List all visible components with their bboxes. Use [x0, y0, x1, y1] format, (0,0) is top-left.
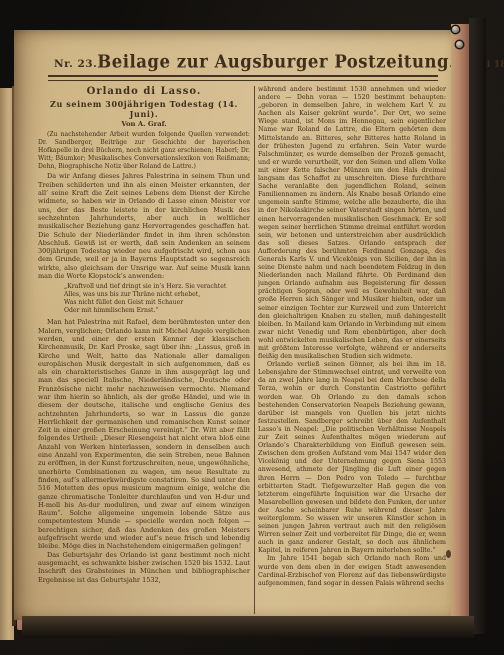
- book-cover-edge: [469, 18, 486, 634]
- article-subtitle: Zu seinem 300jährigen Todestag (14. Juni…: [38, 99, 250, 119]
- paragraph: Im Jahre 1541 begab sich Orlando nach Ro…: [258, 555, 446, 587]
- column-right: während andere bestimmt 1530 annehmen un…: [258, 86, 446, 614]
- paragraph: Da wir Anfang dieses Jahres Palestrina i…: [38, 172, 250, 280]
- paragraph: während andere bestimmt 1530 annehmen un…: [258, 86, 446, 361]
- column-left: Orlando di Lasso. Zu seinem 300jährigen …: [38, 86, 250, 614]
- paragraph: Man hat Palestrina mit Rafael, dem berüh…: [38, 318, 250, 550]
- poem-line: Was nicht füllet den Geist mit Schauer: [64, 299, 250, 307]
- article-columns: Orlando di Lasso. Zu seinem 300jährigen …: [38, 86, 446, 614]
- column-divider-rule: [254, 86, 255, 614]
- poem-quote: „Kraftvoll und tief dringt sie in’s Herz…: [64, 283, 250, 315]
- binding-rivet-icon: [456, 41, 463, 48]
- masthead: Nr. 23. Beilage zur Augsburger Postzeitu…: [38, 52, 446, 71]
- source-note: (Zu nachstehender Arbeit wurden folgende…: [38, 131, 250, 171]
- masthead-title: Beilage zur Augsburger Postzeitung.: [97, 51, 455, 72]
- paragraph: Orlando verließ seinen Gönner, als bei i…: [258, 361, 446, 555]
- article-byline: Von A. Graf.: [38, 120, 250, 128]
- binding-rivet-icon: [452, 26, 459, 33]
- book-photo: Nr. 23. Beilage zur Augsburger Postzeitu…: [0, 0, 504, 655]
- poem-line: Oder mit himmlischem Ernst.“: [64, 307, 250, 315]
- article-title: Orlando di Lasso.: [38, 86, 250, 97]
- poem-line: „Kraftvoll und tief dringt sie in’s Herz…: [64, 283, 250, 291]
- masthead-rule: [48, 75, 438, 81]
- paragraph: Das Geburtsjahr des Orlando ist ganz bes…: [38, 551, 250, 584]
- poem-line: Alles, was uns bis zur Thräne nicht erhe…: [64, 291, 250, 299]
- issue-number: Nr. 23.: [54, 58, 97, 70]
- ink-blot: [446, 550, 451, 558]
- newspaper-page: Nr. 23. Beilage zur Augsburger Postzeitu…: [14, 30, 452, 620]
- page-bottom-edge: [22, 616, 474, 638]
